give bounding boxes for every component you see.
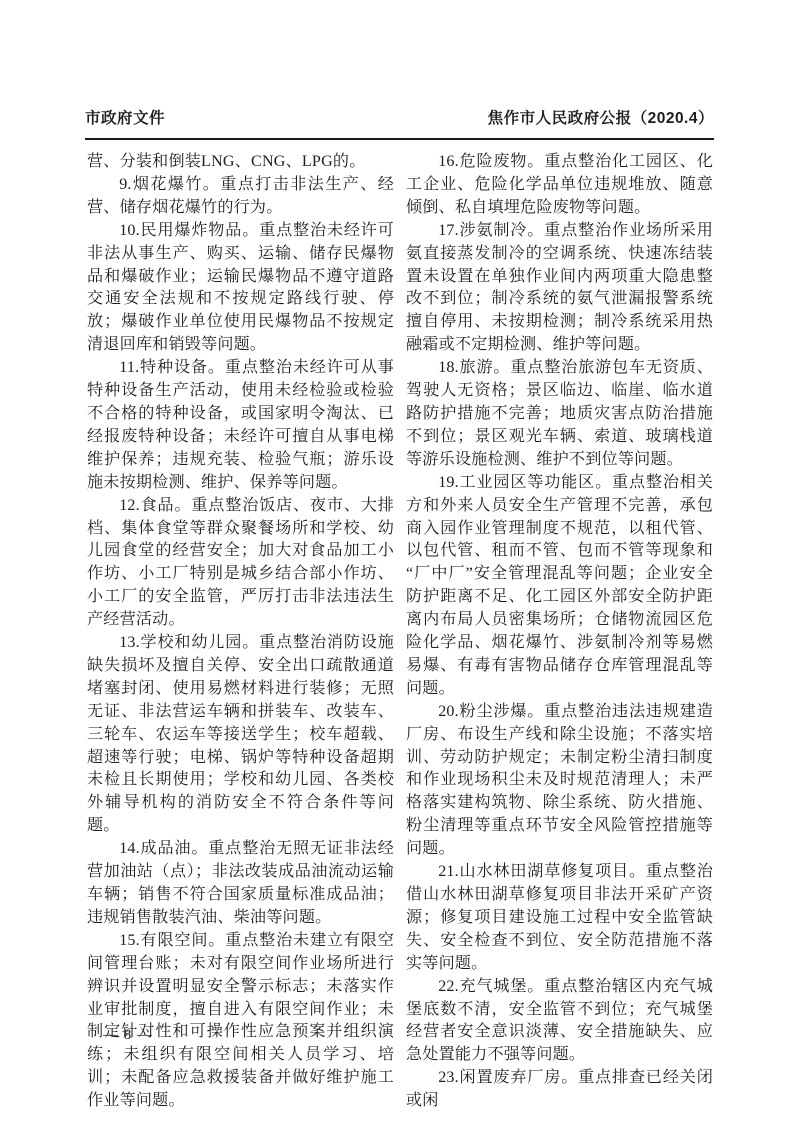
paragraph: 14.成品油。重点整治无照无证非法经营加油站（点）；非法改装成品油流动运输车辆；… (87, 838, 394, 930)
paragraph: 20.粉尘涉爆。重点整治违法违规建造厂房、布设生产线和除尘设施；不落实培训、劳动… (406, 701, 713, 861)
right-column: 16.危险废物。重点整治化工园区、化工企业、危险化学品单位违规堆放、随意倾倒、私… (406, 151, 713, 1113)
paragraph: 22.充气城堡。重点整治辖区内充气城堡底数不清，安全监管不到位；充气城堡经营者安… (406, 976, 713, 1068)
header-right-title: 焦作市人民政府公报（2020.4） (488, 109, 714, 128)
paragraph: 15.有限空间。重点整治未建立有限空间管理台账；未对有限空间作业场所进行辨识并设… (87, 930, 394, 1113)
paragraph: 9.烟花爆竹。重点打击非法生产、经营、储存烟花爆竹的行为。 (87, 174, 394, 220)
paragraph: 23.闲置废弃厂房。重点排查已经关闭或闲 (406, 1067, 713, 1113)
paragraph: 19.工业园区等功能区。重点整治相关方和外来人员安全生产管理不完善，承包商入园作… (406, 472, 713, 701)
page-header: 市政府文件 焦作市人民政府公报（2020.4） (85, 109, 714, 140)
paragraph: 16.危险废物。重点整治化工园区、化工企业、危险化学品单位违规堆放、随意倾倒、私… (406, 151, 713, 220)
paragraph: 13.学校和幼儿园。重点整治消防设施缺失损坏及擅自关停、安全出口疏散通道堵塞封闭… (87, 632, 394, 838)
left-column: 营、分装和倒装LNG、CNG、LPG的。 9.烟花爆竹。重点打击非法生产、经营、… (87, 151, 394, 1113)
paragraph: 营、分装和倒装LNG、CNG、LPG的。 (87, 151, 394, 174)
paragraph: 12.食品。重点整治饭店、夜市、大排档、集体食堂等群众聚餐场所和学校、幼儿园食堂… (87, 495, 394, 632)
paragraph: 11.特种设备。重点整治未经许可从事特种设备生产活动，使用未经检验或检验不合格的… (87, 357, 394, 494)
gazette-page: 市政府文件 焦作市人民政府公报（2020.4） 营、分装和倒装LNG、CNG、L… (0, 0, 793, 1122)
paragraph: 10.民用爆炸物品。重点整治未经许可非法从事生产、购买、运输、储存民爆物品和爆破… (87, 220, 394, 357)
header-left-title: 市政府文件 (85, 109, 165, 128)
paragraph: 21.山水林田湖草修复项目。重点整治借山水林田湖草修复项目非法开采矿产资源；修复… (406, 861, 713, 976)
paragraph: 17.涉氨制冷。重点整治作业场所采用氨直接蒸发制冷的空调系统、快速冻结装置未设置… (406, 220, 713, 357)
paragraph: 18.旅游。重点整治旅游包车无资质、驾驶人无资格；景区临边、临崖、临水道路防护措… (406, 357, 713, 472)
page-number: — 8 — (103, 1026, 153, 1044)
document-body: 营、分装和倒装LNG、CNG、LPG的。 9.烟花爆竹。重点打击非法生产、经营、… (87, 151, 713, 1113)
